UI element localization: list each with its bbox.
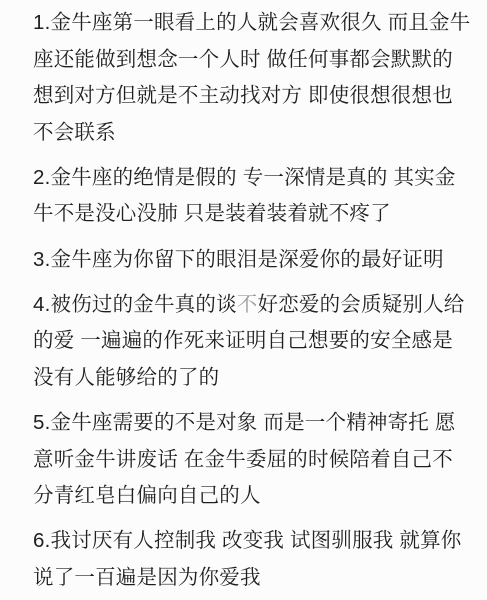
paragraph-6: 6.我讨厌有人控制我 改变我 试图驯服我 就算你 说了一百遍是因为你爱我 xyxy=(33,523,465,596)
text-line: 的爱 一遍遍的作死来证明自己想要的安全感是 xyxy=(33,323,465,360)
paragraph-3: 3.金牛座为你留下的眼泪是深爱你的最好证明 xyxy=(33,242,465,279)
text-segment: 4.被伤过的金牛真的谈 xyxy=(33,293,237,316)
paragraph-2: 2.金牛座的绝情是假的 专一深情是真的 其实金 牛不是没心没肺 只是装着装着就不… xyxy=(33,160,465,233)
text-line: 想到对方但就是不主动找对方 即使很想很想也 xyxy=(33,78,465,115)
paragraph-4: 4.被伤过的金牛真的谈不好恋爱的会质疑别人给 的爱 一遍遍的作死来证明自己想要的… xyxy=(33,287,465,397)
text-line: 6.我讨厌有人控制我 改变我 试图驯服我 就算你 xyxy=(33,523,465,560)
text-line: 说了一百遍是因为你爱我 xyxy=(33,560,465,597)
text-line: 不会联系 xyxy=(33,115,465,152)
paragraph-5: 5.金牛座需要的不是对象 而是一个精神寄托 愿 意听金牛讲废话 在金牛委屈的时候… xyxy=(33,405,465,515)
paragraph-1: 1.金牛座第一眼看上的人就会喜欢很久 而且金牛 座还能做到想念一个人时 做任何事… xyxy=(33,5,465,151)
text-line: 牛不是没心没肺 只是装着装着就不疼了 xyxy=(33,196,465,233)
faded-text-segment: 不 xyxy=(237,293,258,316)
text-document: 1.金牛座第一眼看上的人就会喜欢很久 而且金牛 座还能做到想念一个人时 做任何事… xyxy=(0,0,487,596)
text-line: 1.金牛座第一眼看上的人就会喜欢很久 而且金牛 xyxy=(33,5,465,42)
text-line: 没有人能够给的了的 xyxy=(33,360,465,397)
text-line: 2.金牛座的绝情是假的 专一深情是真的 其实金 xyxy=(33,160,465,197)
text-line: 分青红皂白偏向自己的人 xyxy=(33,478,465,515)
text-line: 座还能做到想念一个人时 做任何事都会默默的 xyxy=(33,42,465,79)
text-line: 3.金牛座为你留下的眼泪是深爱你的最好证明 xyxy=(33,242,465,279)
text-line: 5.金牛座需要的不是对象 而是一个精神寄托 愿 xyxy=(33,405,465,442)
text-line: 4.被伤过的金牛真的谈不好恋爱的会质疑别人给 xyxy=(33,287,465,324)
text-line: 意听金牛讲废话 在金牛委屈的时候陪着自己不 xyxy=(33,442,465,479)
text-segment: 好恋爱的会质疑别人给 xyxy=(258,293,465,316)
